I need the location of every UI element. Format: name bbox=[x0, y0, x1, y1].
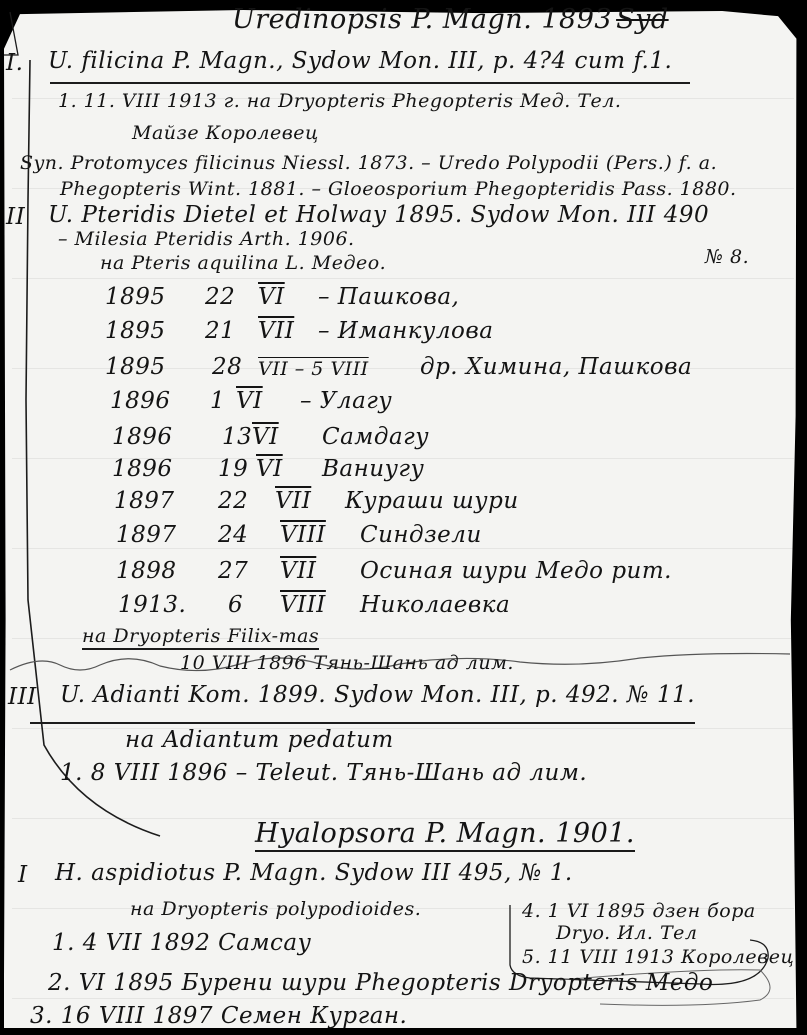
record-month: VII bbox=[258, 318, 294, 344]
record-place: Синдзели bbox=[360, 522, 482, 548]
record-month: VII bbox=[280, 558, 316, 584]
record-year: 1913. bbox=[118, 592, 186, 618]
record-year: 1896 bbox=[112, 456, 173, 482]
record-day: 24 bbox=[218, 522, 248, 548]
record-month: VII – 5 VIII bbox=[258, 358, 369, 380]
record-year: 1895 bbox=[105, 354, 166, 380]
boxed-record: 4. 1 VI 1895 дзен бора bbox=[522, 900, 756, 922]
record-day: 19 bbox=[218, 456, 248, 482]
host-line: на Pteris aquilina L. Медео. bbox=[100, 252, 386, 274]
record-line: 2. VI 1895 Бурени шури Phegopteris Dryop… bbox=[48, 970, 713, 996]
record-place: – Улагу bbox=[300, 388, 392, 414]
section-subheading: – Milesia Pteridis Arth. 1906. bbox=[58, 228, 355, 250]
synonym-line: Phegopteris Wint. 1881. – Gloeosporium P… bbox=[60, 178, 737, 200]
record-place: Николаевка bbox=[360, 592, 510, 618]
record-day: 22 bbox=[218, 488, 248, 514]
record-month: VIII bbox=[280, 522, 326, 548]
record-line: 1. 11. VIII 1913 г. на Dryopteris Phegop… bbox=[58, 90, 621, 112]
record-year: 1898 bbox=[116, 558, 177, 584]
host-line: на Dryopteris polypodioides. bbox=[130, 898, 421, 920]
record-month: VI bbox=[256, 456, 283, 482]
record-month: VII bbox=[275, 488, 311, 514]
record-place: Самдагу bbox=[322, 424, 429, 450]
record-month: VI bbox=[258, 284, 285, 310]
record-month: VI bbox=[252, 424, 279, 450]
record-month: VI bbox=[236, 388, 263, 414]
record-line: Майзе Королевец bbox=[132, 122, 319, 144]
host-line: на Dryopteris Filix-mas bbox=[82, 625, 319, 650]
note-number: № 8. bbox=[705, 246, 749, 268]
section-heading: U. filicina P. Magn., Sydow Mon. III, p.… bbox=[48, 48, 672, 74]
section-heading: U. Adianti Kom. 1899. Sydow Mon. III, p.… bbox=[60, 682, 695, 708]
record-line: 10 VIII 1896 Тянь-Шань ад лим. bbox=[180, 652, 514, 674]
record-year: 1896 bbox=[112, 424, 173, 450]
record-day: 28 bbox=[212, 354, 242, 380]
record-year: 1897 bbox=[114, 488, 175, 514]
section-numeral: III bbox=[8, 684, 37, 710]
record-day: 21 bbox=[205, 318, 235, 344]
boxed-record: 5. 11 VIII 1913 Королевец bbox=[522, 946, 794, 968]
record-day: 6 bbox=[228, 592, 243, 618]
record-day: 1 bbox=[210, 388, 225, 414]
record-line: 3. 16 VIII 1897 Семен Курган. bbox=[30, 1003, 407, 1029]
record-place: – Иманкулова bbox=[318, 318, 493, 344]
record-year: 1895 bbox=[105, 284, 166, 310]
record-day: 27 bbox=[218, 558, 248, 584]
record-year: 1896 bbox=[110, 388, 171, 414]
record-year: 1897 bbox=[116, 522, 177, 548]
synonym-line: Syn. Protomyces filicinus Niessl. 1873. … bbox=[20, 152, 717, 174]
host-line: на Adiantum pedatum bbox=[125, 727, 394, 753]
section-heading: H. aspidiotus P. Magn. Sydow III 495, № … bbox=[55, 860, 573, 886]
page-title: Uredinopsis P. Magn. 1893Syd bbox=[232, 4, 669, 35]
section-heading: U. Pteridis Dietel et Holway 1895. Sydow… bbox=[48, 202, 709, 228]
record-place: – Пашкова, bbox=[318, 284, 459, 310]
record-day: 13 bbox=[222, 424, 252, 450]
record-place: др. Химина, Пашкова bbox=[420, 354, 692, 380]
record-month: VIII bbox=[280, 592, 326, 618]
record-place: Осиная шури Медо рит. bbox=[360, 558, 672, 584]
section-numeral: I. bbox=[6, 50, 23, 76]
section-numeral: I bbox=[18, 862, 28, 888]
section-numeral: II bbox=[6, 204, 25, 230]
record-line: 1. 4 VII 1892 Самсау bbox=[52, 930, 311, 956]
record-place: Кураши шури bbox=[345, 488, 519, 514]
record-line: 1. 8 VIII 1896 – Teleut. Тянь-Шань ад ли… bbox=[60, 760, 587, 786]
genus-title: Hyalopsora P. Magn. 1901. bbox=[255, 818, 635, 852]
record-year: 1895 bbox=[105, 318, 166, 344]
underline bbox=[30, 722, 695, 724]
record-place: Ваниугу bbox=[322, 456, 424, 482]
underline bbox=[50, 82, 690, 84]
boxed-record: Dryo. Ил. Тел bbox=[556, 922, 698, 944]
record-day: 22 bbox=[205, 284, 235, 310]
